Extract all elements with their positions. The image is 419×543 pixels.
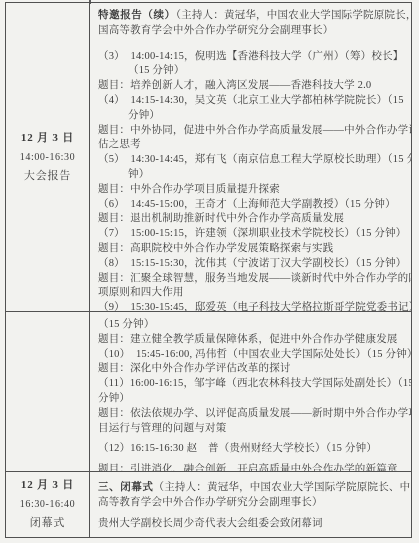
agenda-line: 题目：引进消化、融合创新，开启高质量中外合作办学的新篇章 — [98, 463, 409, 472]
agenda-line: （15 分钟） — [98, 64, 409, 79]
session-name: 闭幕式 — [30, 517, 65, 530]
agenda-cell-plenary-reports-row: 特邀报告（续）（主持人：黄冠华，中国农业大学国际学院原院长，中国高等教育学会中外… — [90, 3, 411, 312]
agenda-line: 题目：建立健全教学质量保障体系，促进中外合作办学健康发展 — [98, 333, 409, 348]
agenda-line: （3） 14:00-14:15，倪明选【香港科技大学（广州）（筹）校长】 — [98, 50, 409, 65]
date-cell-plenary-reports-continued-row — [6, 312, 90, 472]
agenda-line: 题目：依法依规办学、以评促高质量发展——新时期中外合作办学项 — [98, 407, 409, 422]
agenda-line: 特邀报告（续）（主持人：黄冠华，中国农业大学国际学院原院长，中 — [98, 9, 409, 24]
agenda-line: 分钟） — [98, 109, 409, 124]
agenda-line: （12）16:15-16:30 赵 普（贵州财经大学校长）（15 分钟） — [98, 442, 409, 457]
session-time: 16:30-16:40 — [20, 498, 76, 511]
agenda-line: 题目：中外合作办学项目质量提升探索 — [98, 183, 409, 198]
agenda-line: （7） 15:00-15:15，许建领（深圳职业技术学院校长）（15 分钟） — [98, 227, 409, 242]
agenda-line: 题目：培养创新人才，融入湾区发展——香港科技大学 2.0 — [98, 79, 409, 94]
agenda-line: 钟） — [98, 168, 409, 183]
agenda-line: （11）16:00-16:15，邹宇峰（西北农林科技大学国际处副处长）（15 — [98, 377, 409, 392]
date-cell-closing-ceremony-row: 12 月 3 日16:30-16:40闭幕式 — [6, 472, 90, 537]
agenda-line: 项原则和四大作用 — [98, 286, 409, 301]
agenda-line: （8） 15:15-15:30，沈伟其（宁波诺丁汉大学副校长）（15 分钟） — [98, 257, 409, 272]
session-date: 12 月 3 日 — [21, 132, 74, 145]
agenda-line: 题目：中外协同，促进中外合作办学高质量发展——中外合作办学评 — [98, 124, 409, 139]
agenda-line: 题目：退出机制助推新时代中外合作办学高质量发展 — [98, 212, 409, 227]
agenda-line: 高等教育学会中外合作办学研究分会副理事长） — [98, 496, 409, 511]
agenda-line: （4） 14:15-14:30，吴文英（北京工业大学都柏林学院院长）（15 — [98, 94, 409, 109]
section-heading: 三、闭幕式 — [98, 482, 154, 493]
agenda-line: 目运行与管理的问题与对策 — [98, 422, 409, 437]
session-date: 12 月 3 日 — [21, 479, 74, 492]
agenda-line: 分钟） — [98, 392, 409, 407]
date-cell-plenary-reports-row: 12 月 3 日14:00-16:30大会报告 — [6, 3, 90, 312]
agenda-cell-plenary-reports-continued-row: （15 分钟）题目：建立健全教学质量保障体系，促进中外合作办学健康发展（10） … — [90, 312, 411, 472]
section-heading: 特邀报告（续） — [98, 10, 176, 21]
agenda-line: （5） 14:30-14:45，郑有飞（南京信息工程大学原校长助理）（15 分 — [98, 153, 409, 168]
agenda-line: 题目：高职院校中外合作办学发展策略探索与实践 — [98, 242, 409, 257]
agenda-line: （6） 14:45-15:00，王奇才（上海师范大学副教授）（15 分钟） — [98, 198, 409, 213]
agenda-line: （15 分钟） — [98, 318, 409, 333]
session-name: 大会报告 — [24, 170, 71, 183]
agenda-line: 贵州大学副校长周少奇代表大会组委会致闭幕词 — [98, 517, 409, 532]
agenda-line: （10） 15:45-16:00, 冯伟哲（中国农业大学国际处处长）（15 分钟… — [98, 348, 409, 363]
agenda-cell-closing-ceremony-row: 三、闭幕式（主持人：黄冠华，中国农业大学国际学院原院长、中国高等教育学会中外合作… — [90, 472, 411, 537]
agenda-line: （9） 15:30-15:45，邸爱英（电子科技大学格拉斯哥学院党委书记） — [98, 301, 409, 312]
program-page: 12 月 3 日14:00-16:30大会报告特邀报告（续）（主持人：黄冠华，中… — [0, 0, 419, 543]
agenda-line: 三、闭幕式（主持人：黄冠华，中国农业大学国际学院原院长、中国 — [98, 481, 409, 496]
session-time: 14:00-16:30 — [20, 151, 76, 164]
agenda-line: 国高等教育学会中外合作办学研究分会副理事长） — [98, 24, 409, 39]
agenda-line: 题目：深化中外合作办学评估改革的探讨 — [98, 362, 409, 377]
agenda-line: 题目：汇聚全球智慧，服务当地发展——谈新时代中外合作办学的四 — [98, 272, 409, 287]
schedule-table: 12 月 3 日14:00-16:30大会报告特邀报告（续）（主持人：黄冠华，中… — [5, 2, 412, 538]
agenda-line: 估之思考 — [98, 138, 409, 153]
